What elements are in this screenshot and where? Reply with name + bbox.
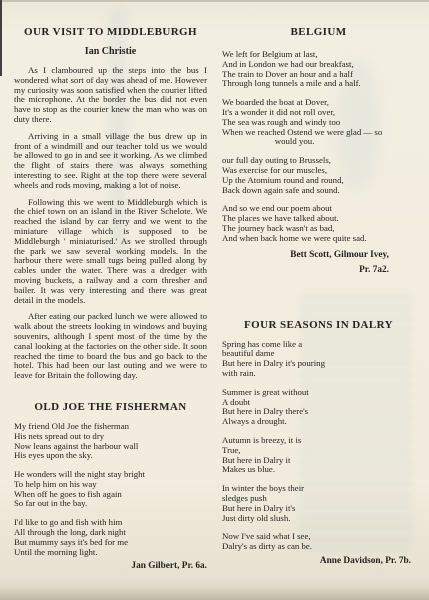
poem-belgium: BELGIUM We left for Belgium at last, And… — [222, 26, 415, 275]
article-paragraph: After eating our packed lunch we were al… — [14, 312, 207, 381]
right-column: BELGIUM We left for Belgium at last, And… — [222, 26, 415, 571]
poem-signature: Anne Davidson, Pr. 7b. — [222, 556, 415, 566]
poem-signature-class: Pr. 7a2. — [222, 265, 415, 275]
scan-shadow-artifact-bottom — [0, 586, 429, 600]
poem-stanza: My friend Old Joe the fisherman His nets… — [14, 422, 207, 461]
article-paragraph: As I clamboured up the steps into the bu… — [14, 66, 207, 125]
poem-four-seasons: FOUR SEASONS IN DALRY Spring has come li… — [222, 319, 415, 566]
poem-old-joe: OLD JOE THE FISHERMAN My friend Old Joe … — [14, 401, 207, 572]
poem-stanza: And so we end our poem about The places … — [222, 204, 415, 243]
poem-title: OLD JOE THE FISHERMAN — [14, 401, 207, 413]
poem-stanza: our full day outing to Brussels, Was exe… — [222, 156, 415, 195]
poem-stanza: I'd like to go and fish with him All thr… — [14, 518, 207, 557]
poem-stanza: Spring has come like a beautiful dame Bu… — [222, 340, 415, 379]
poem-stanza: In winter the boys their sledges push Bu… — [222, 484, 415, 523]
article-our-visit: OUR VISIT TO MIDDLEBURGH Ian Christie As… — [14, 26, 207, 381]
article-paragraph: Following this we went to Middleburgh wh… — [14, 198, 207, 306]
poem-stanza: We boarded the boat at Dover, It's a won… — [222, 98, 415, 147]
poem-signature: Jan Gilbert, Pr. 6a. — [14, 561, 207, 571]
left-column: OUR VISIT TO MIDDLEBURGH Ian Christie As… — [14, 26, 207, 571]
magazine-page: OUR VISIT TO MIDDLEBURGH Ian Christie As… — [0, 0, 429, 600]
poem-title: FOUR SEASONS IN DALRY — [222, 319, 415, 331]
article-paragraph: Arriving in a small village the bus drew… — [14, 132, 207, 191]
poem-stanza: He wonders will the night stay bright To… — [14, 470, 207, 509]
poem-stanza: Now I've said what I see, Dalry's as dir… — [222, 532, 415, 552]
poem-title: BELGIUM — [222, 26, 415, 38]
poem-stanza: Autumn is breezy, it is True, But here i… — [222, 436, 415, 475]
poem-stanza: We left for Belgium at last, And in Lond… — [222, 50, 415, 89]
article-author: Ian Christie — [14, 46, 207, 57]
poem-stanza: Summer is great without A doubt But here… — [222, 388, 415, 427]
poem-signature-names: Bett Scott, Gilmour Ivey, — [222, 250, 415, 260]
article-title: OUR VISIT TO MIDDLEBURGH — [14, 26, 207, 38]
two-column-layout: OUR VISIT TO MIDDLEBURGH Ian Christie As… — [0, 0, 429, 571]
